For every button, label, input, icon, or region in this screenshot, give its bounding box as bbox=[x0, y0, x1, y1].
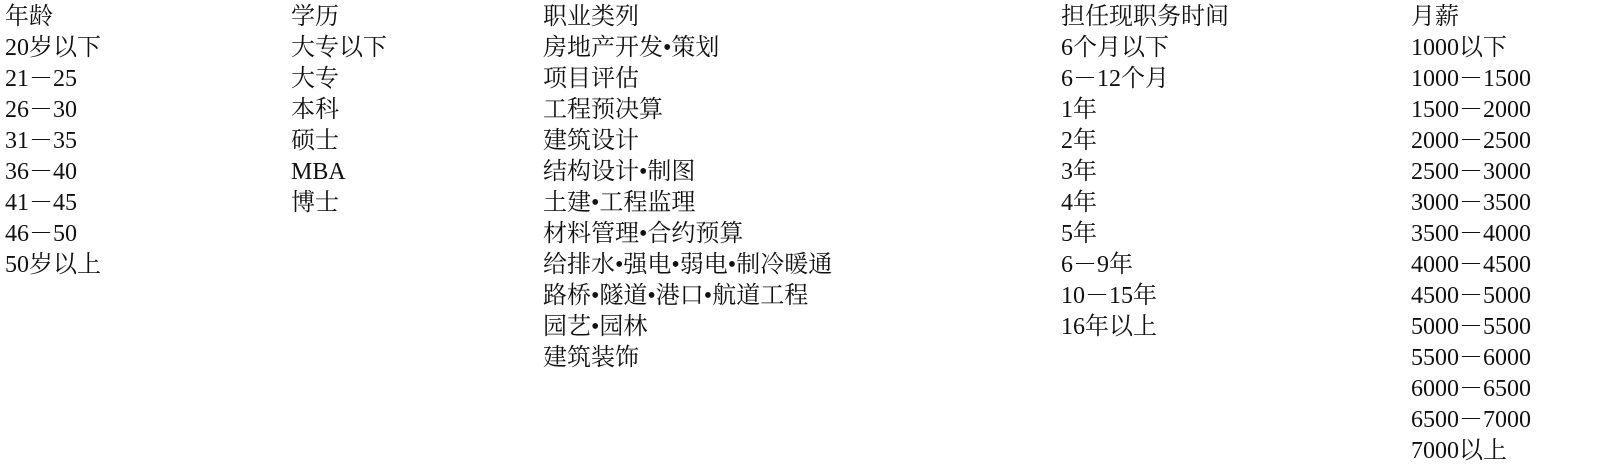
list-item: 26－30 bbox=[5, 95, 101, 126]
list-item: 路桥•隧道•港口•航道工程 bbox=[543, 281, 832, 312]
list-item: 5500－6000 bbox=[1411, 343, 1531, 374]
list-item: 3000－3500 bbox=[1411, 188, 1531, 219]
list-item: 1000以下 bbox=[1411, 33, 1531, 64]
list-item: 大专以下 bbox=[291, 33, 387, 64]
tenure-column-header: 担任现职务时间 bbox=[1061, 2, 1229, 33]
education-column: 学历 大专以下 大专 本科 硕士 MBA 博士 bbox=[291, 2, 387, 219]
age-column-header: 年龄 bbox=[5, 2, 101, 33]
job-category-column-header: 职业类列 bbox=[543, 2, 832, 33]
list-item: 博士 bbox=[291, 188, 387, 219]
list-item: 工程预决算 bbox=[543, 95, 832, 126]
list-item: 硕士 bbox=[291, 126, 387, 157]
list-item: 2500－3000 bbox=[1411, 157, 1531, 188]
list-item: 6－12个月 bbox=[1061, 64, 1229, 95]
list-item: 4500－5000 bbox=[1411, 281, 1531, 312]
education-column-header: 学历 bbox=[291, 2, 387, 33]
list-item: 6个月以下 bbox=[1061, 33, 1229, 64]
list-item: 建筑设计 bbox=[543, 126, 832, 157]
list-item: 6000－6500 bbox=[1411, 374, 1531, 405]
list-item: MBA bbox=[291, 157, 387, 188]
job-category-list: 房地产开发•策划 项目评估 工程预决算 建筑设计 结构设计•制图 土建•工程监理… bbox=[543, 33, 832, 374]
list-item: 6－9年 bbox=[1061, 250, 1229, 281]
list-item: 50岁以上 bbox=[5, 250, 101, 281]
list-item: 16年以上 bbox=[1061, 312, 1229, 343]
list-item: 大专 bbox=[291, 64, 387, 95]
list-item: 41－45 bbox=[5, 188, 101, 219]
list-item: 20岁以下 bbox=[5, 33, 101, 64]
list-item: 3年 bbox=[1061, 157, 1229, 188]
tenure-list: 6个月以下 6－12个月 1年 2年 3年 4年 5年 6－9年 10－15年 … bbox=[1061, 33, 1229, 343]
salary-column-header: 月薪 bbox=[1411, 2, 1531, 33]
list-item: 7000以上 bbox=[1411, 436, 1531, 467]
list-item: 2年 bbox=[1061, 126, 1229, 157]
list-item: 土建•工程监理 bbox=[543, 188, 832, 219]
age-list: 20岁以下 21－25 26－30 31－35 36－40 41－45 46－5… bbox=[5, 33, 101, 281]
list-item: 项目评估 bbox=[543, 64, 832, 95]
list-item: 6500－7000 bbox=[1411, 405, 1531, 436]
list-item: 4000－4500 bbox=[1411, 250, 1531, 281]
list-item: 本科 bbox=[291, 95, 387, 126]
list-item: 1500－2000 bbox=[1411, 95, 1531, 126]
list-item: 园艺•园林 bbox=[543, 312, 832, 343]
list-item: 46－50 bbox=[5, 219, 101, 250]
list-item: 3500－4000 bbox=[1411, 219, 1531, 250]
list-item: 结构设计•制图 bbox=[543, 157, 832, 188]
list-item: 21－25 bbox=[5, 64, 101, 95]
list-item: 1000－1500 bbox=[1411, 64, 1531, 95]
list-item: 31－35 bbox=[5, 126, 101, 157]
education-list: 大专以下 大专 本科 硕士 MBA 博士 bbox=[291, 33, 387, 219]
list-item: 房地产开发•策划 bbox=[543, 33, 832, 64]
list-item: 2000－2500 bbox=[1411, 126, 1531, 157]
list-item: 5000－5500 bbox=[1411, 312, 1531, 343]
list-item: 36－40 bbox=[5, 157, 101, 188]
salary-list: 1000以下 1000－1500 1500－2000 2000－2500 250… bbox=[1411, 33, 1531, 467]
list-item: 10－15年 bbox=[1061, 281, 1229, 312]
list-item: 材料管理•合约预算 bbox=[543, 219, 832, 250]
list-item: 4年 bbox=[1061, 188, 1229, 219]
list-item: 5年 bbox=[1061, 219, 1229, 250]
salary-column: 月薪 1000以下 1000－1500 1500－2000 2000－2500 … bbox=[1411, 2, 1531, 467]
list-item: 建筑装饰 bbox=[543, 343, 832, 374]
list-item: 1年 bbox=[1061, 95, 1229, 126]
list-item: 给排水•强电•弱电•制冷暖通 bbox=[543, 250, 832, 281]
age-column: 年龄 20岁以下 21－25 26－30 31－35 36－40 41－45 4… bbox=[5, 2, 101, 281]
tenure-column: 担任现职务时间 6个月以下 6－12个月 1年 2年 3年 4年 5年 6－9年… bbox=[1061, 2, 1229, 343]
job-category-column: 职业类列 房地产开发•策划 项目评估 工程预决算 建筑设计 结构设计•制图 土建… bbox=[543, 2, 832, 374]
